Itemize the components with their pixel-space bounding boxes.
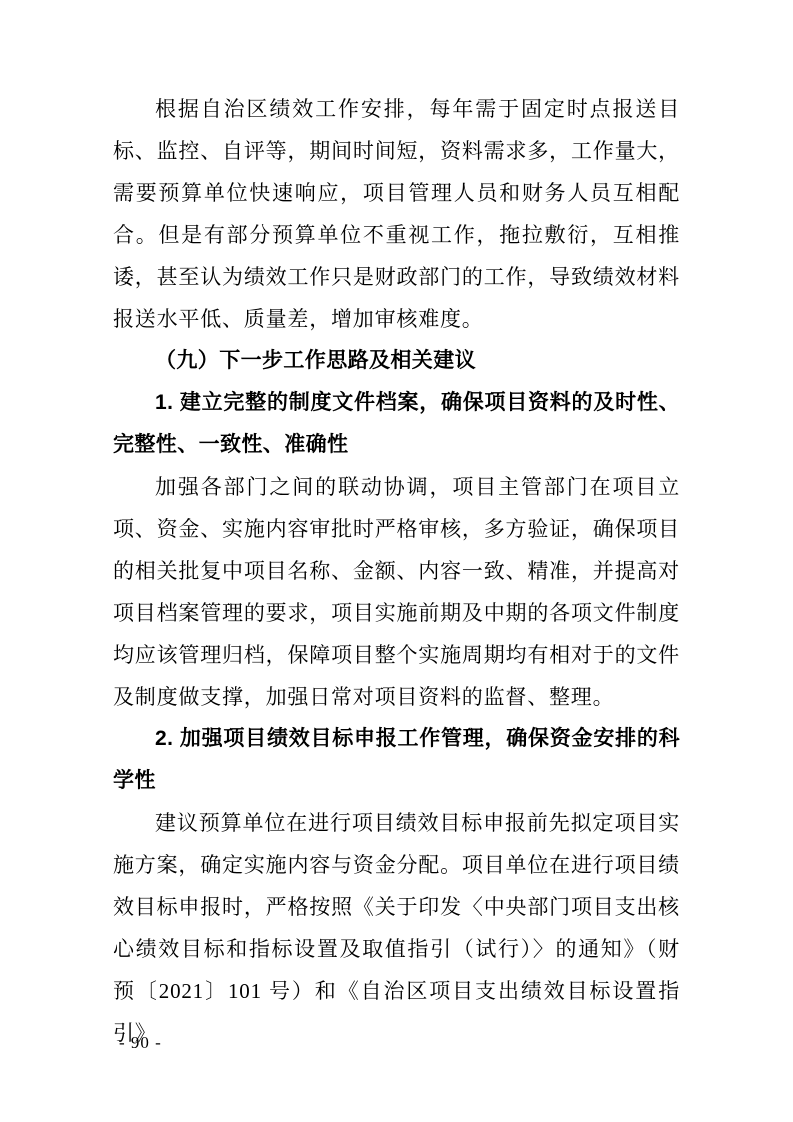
- document-content: 根据自治区绩效工作安排，每年需于固定时点报送目标、监控、自评等，期间时间短，资料…: [113, 88, 680, 1054]
- document-page: 根据自治区绩效工作安排，每年需于固定时点报送目标、监控、自评等，期间时间短，资料…: [0, 0, 793, 1122]
- heading-point-1-document-archive: 1. 建立完整的制度文件档案，确保项目资料的及时性、完整性、一致性、准确性: [113, 382, 680, 466]
- paragraph-point-2-detail: 建议预算单位在进行项目绩效目标申报前先拟定项目实施方案，确定实施内容与资金分配。…: [113, 802, 680, 1054]
- heading-section-nine-next-steps: （九）下一步工作思路及相关建议: [113, 340, 680, 382]
- paragraph-performance-reporting-workload: 根据自治区绩效工作安排，每年需于固定时点报送目标、监控、自评等，期间时间短，资料…: [113, 88, 680, 340]
- heading-point-2-target-declaration: 2. 加强项目绩效目标申报工作管理，确保资金安排的科学性: [113, 718, 680, 802]
- paragraph-point-1-detail: 加强各部门之间的联动协调，项目主管部门在项目立项、资金、实施内容审批时严格审核，…: [113, 466, 680, 718]
- page-number: - 90 -: [119, 1031, 162, 1055]
